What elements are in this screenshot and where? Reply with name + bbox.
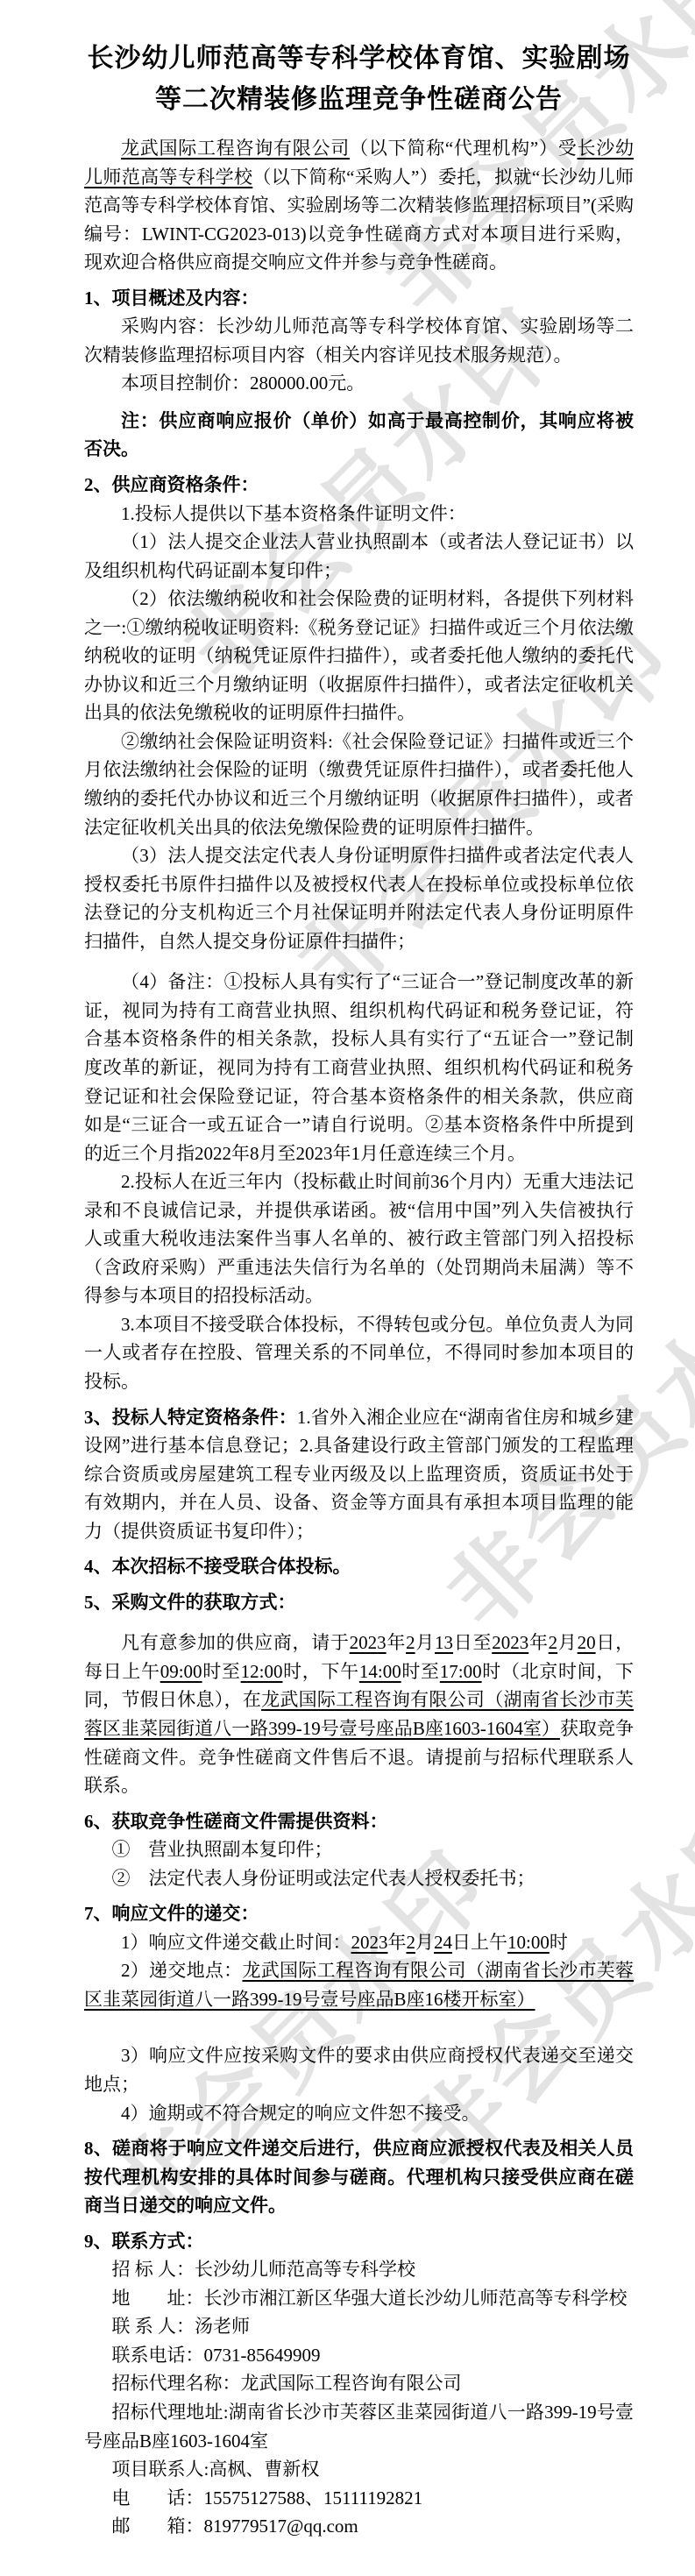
qualification-item-2: （2）依法缴纳税收和社会保险费的证明材料，各提供下列材料之一:①缴纳税收证明资料…	[84, 585, 634, 727]
qualification-item-4-remark: （4）备注：①投标人具有实行了“三证合一”登记制度改革的新证，视同为持有工商营业…	[84, 968, 634, 1167]
section-2-heading: 2、供应商资格条件：	[84, 471, 634, 500]
submission-rule-4: 4）逾期或不符合规定的响应文件恕不接受。	[84, 2099, 634, 2128]
agency-name-line: 招标代理名称：龙武国际工程咨询有限公司	[84, 2369, 634, 2398]
qualification-item-3: （3）法人提交法定代表人身份证明原件扫描件或者法定代表人授权委托书原件扫描件以及…	[84, 841, 634, 955]
qualification-item-1: （1）法人提交企业法人营业执照副本（或者法人登记证书）以及组织机构代码证副本复印…	[84, 528, 634, 585]
control-price-paragraph: 本项目控制价：280000.00元。	[84, 369, 634, 398]
project-contacts-line: 项目联系人:高枫、曹新权	[84, 2455, 634, 2484]
required-material-1: ① 营业执照副本复印件；	[84, 1835, 634, 1864]
submission-deadline: 1）响应文件递交截止时间：2023年2月24日上午10:00时	[84, 1928, 634, 1957]
agency-address-line: 招标代理地址:湖南省长沙市芙蓉区韭菜园街道八一路399-19号壹号座品B座160…	[84, 2398, 634, 2455]
section-3-heading: 3、投标人特定资格条件：	[84, 1407, 297, 1428]
address-line: 地 址：长沙市湘江新区华强大道长沙幼儿师范高等专科学校	[84, 2284, 634, 2313]
email-line: 邮 箱：819779517@qq.com	[84, 2512, 634, 2541]
document-page: 非会员水印 非会员水印 非会员水印 非会员水印 非会员水印 非会员水印 长沙幼儿…	[0, 0, 695, 2576]
phone-line: 电 话：15575127588、15111192821	[84, 2484, 634, 2513]
section-5-heading: 5、采购文件的获取方式：	[84, 1588, 634, 1617]
section-9-heading: 9、联系方式：	[84, 2227, 634, 2256]
section-4-heading: 4、本次招标不接受联合体投标。	[84, 1552, 634, 1581]
submission-place: 2）递交地点：龙武国际工程咨询有限公司（湖南省长沙市芙蓉区韭菜园街道八一路399…	[84, 1956, 634, 2013]
qualification-intro: 1.投标人提供以下基本资格条件证明文件：	[84, 500, 634, 529]
document-content: 长沙幼儿师范高等专科学校体育馆、实验剧场 等二次精装修监理竞争性磋商公告 龙武国…	[0, 0, 695, 2576]
purchase-content-paragraph: 采购内容：长沙幼儿师范高等专科学校体育馆、实验剧场等二次精装修监理招标项目内容（…	[84, 312, 634, 369]
section-3: 3、投标人特定资格条件：1.省外入湘企业应在“湖南省住房和城乡建设网”进行基本信…	[84, 1403, 634, 1546]
document-acquisition-paragraph: 凡有意参加的供应商，请于2023年2月13日至2023年2月20日，每日上午09…	[84, 1629, 634, 1799]
credit-record-paragraph: 2.投标人在近三年内（投标截止时间前36个月内）无重大违法记录和不良诚信记录，并…	[84, 1167, 634, 1310]
qualification-item-2b: ②缴纳社会保险证明资料:《社会保险登记证》扫描件或近三个月依法缴纳社会保险的证明…	[84, 727, 634, 841]
section-8-paragraph: 8、磋商将于响应文件递交后进行，供应商应派授权代表及相关人员按代理机构安排的具体…	[84, 2134, 634, 2220]
page-title-line1: 长沙幼儿师范高等专科学校体育馆、实验剧场	[88, 44, 631, 73]
required-material-2: ② 法定代表人身份证明或法定代表人授权委托书；	[84, 1864, 634, 1893]
contact-phone-line: 联系电话：0731-85649909	[84, 2341, 634, 2370]
contact-person-line: 联 系 人：汤老师	[84, 2312, 634, 2341]
no-consortium-paragraph: 3.本项目不接受联合体投标，不得转包或分包。单位负责人为同一人或者存在控股、管理…	[84, 1310, 634, 1396]
page-title-line2: 等二次精装修监理竞争性磋商公告	[155, 85, 563, 114]
price-note-paragraph: 注：供应商响应报价（单价）如高于最高控制价，其响应将被否决。	[84, 407, 634, 464]
section-7-heading: 7、响应文件的递交：	[84, 1899, 634, 1928]
intro-paragraph: 龙武国际工程咨询有限公司（以下简称“代理机构”）受长沙幼儿师范高等专科学校（以下…	[84, 134, 634, 277]
page-title: 长沙幼儿师范高等专科学校体育馆、实验剧场 等二次精装修监理竞争性磋商公告	[84, 39, 634, 120]
tenderer-line: 招 标 人：长沙幼儿师范高等专科学校	[84, 2255, 634, 2284]
section-6-heading: 6、获取竞争性磋商文件需提供资料：	[84, 1807, 634, 1836]
submission-rule-3: 3）响应文件应按采购文件的要求由供应商授权代表递交至递交地点；	[84, 2041, 634, 2098]
section-1-heading: 1、项目概述及内容：	[84, 284, 634, 313]
